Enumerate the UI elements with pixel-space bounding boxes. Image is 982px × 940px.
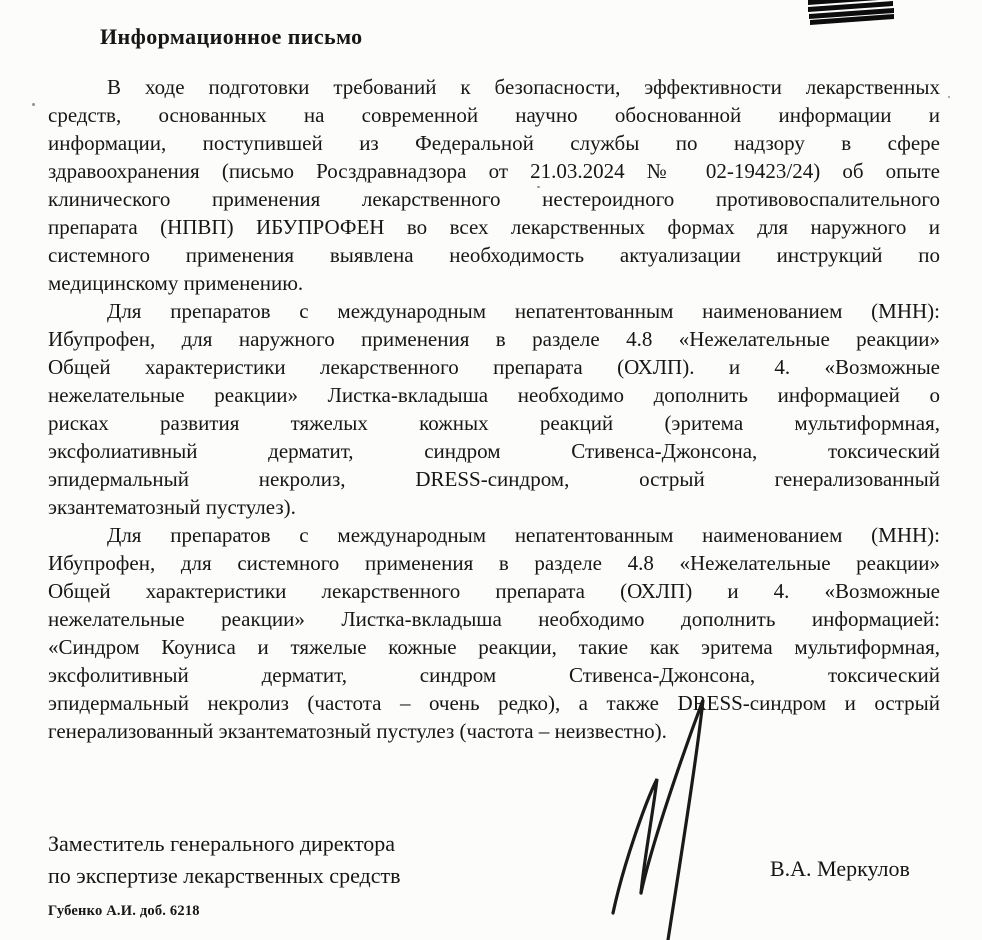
scan-noise-dot	[32, 103, 35, 106]
paragraph-line: эксфолиативный дерматит, синдром Стивенс…	[48, 437, 940, 465]
paragraph-line: Общей характеристики лекарственного преп…	[48, 353, 940, 381]
signoff-position-line2: по экспертизе лекарственных средств	[48, 860, 401, 892]
paragraph-line: Для препаратов с международным непатенто…	[48, 521, 940, 549]
scan-noise-dot	[948, 96, 950, 98]
paragraph-line: средств, основанных на современной научн…	[48, 101, 940, 129]
paragraph-line: Общей характеристики лекарственного преп…	[48, 577, 940, 605]
paragraph-line: эпидермальный некролиз (частота – очень …	[48, 689, 940, 717]
paragraph-line: Для препаратов с международным непатенто…	[48, 297, 940, 325]
paragraph-line: В ходе подготовки требований к безопасно…	[48, 73, 940, 101]
signer-name: В.А. Меркулов	[770, 856, 910, 882]
paragraph-line: эксфолитивный дерматит, синдром Стивенса…	[48, 661, 940, 689]
executor-contact: Губенко А.И. доб. 6218	[48, 903, 200, 920]
letter-body: В ходе подготовки требований к безопасно…	[48, 73, 940, 745]
paragraph-line: Ибупрофен, для наружного применения в ра…	[48, 325, 940, 353]
paragraph-line: препарата (НПВП) ИБУПРОФЕН во всех лекар…	[48, 213, 940, 241]
paragraph-line: клинического применения лекарственного н…	[48, 185, 940, 213]
paragraph-line: нежелательные реакции» Листка-вкладыша н…	[48, 605, 940, 633]
letterhead-stripes-icon	[806, 0, 896, 27]
signoff-block: Заместитель генерального директора по эк…	[48, 828, 401, 892]
paragraph-line: «Синдром Коуниса и тяжелые кожные реакци…	[48, 633, 940, 661]
paragraph-line: медицинскому применению.	[48, 269, 940, 297]
scan-noise-dot	[537, 186, 540, 188]
paragraph-line: информации, поступившей из Федеральной с…	[48, 129, 940, 157]
signoff-position-line1: Заместитель генерального директора	[48, 828, 401, 860]
paragraph-line: генерализованный экзантематозный пустуле…	[48, 717, 940, 745]
paragraph-line: здравоохранения (письмо Росздравнадзора …	[48, 157, 940, 185]
paragraph-line: эпидермальный некролиз, DRESS-синдром, о…	[48, 465, 940, 493]
scanned-letter-page: Информационное письмо В ходе подготовки …	[0, 0, 982, 940]
paragraph-line: экзантематозный пустулез).	[48, 493, 940, 521]
document-title: Информационное письмо	[100, 24, 363, 50]
paragraph-line: нежелательные реакции» Листка-вкладыша н…	[48, 381, 940, 409]
paragraph-line: Ибупрофен, для системного применения в р…	[48, 549, 940, 577]
paragraph-line: рисках развития тяжелых кожных реакций (…	[48, 409, 940, 437]
paragraph-line: системного применения выявлена необходим…	[48, 241, 940, 269]
